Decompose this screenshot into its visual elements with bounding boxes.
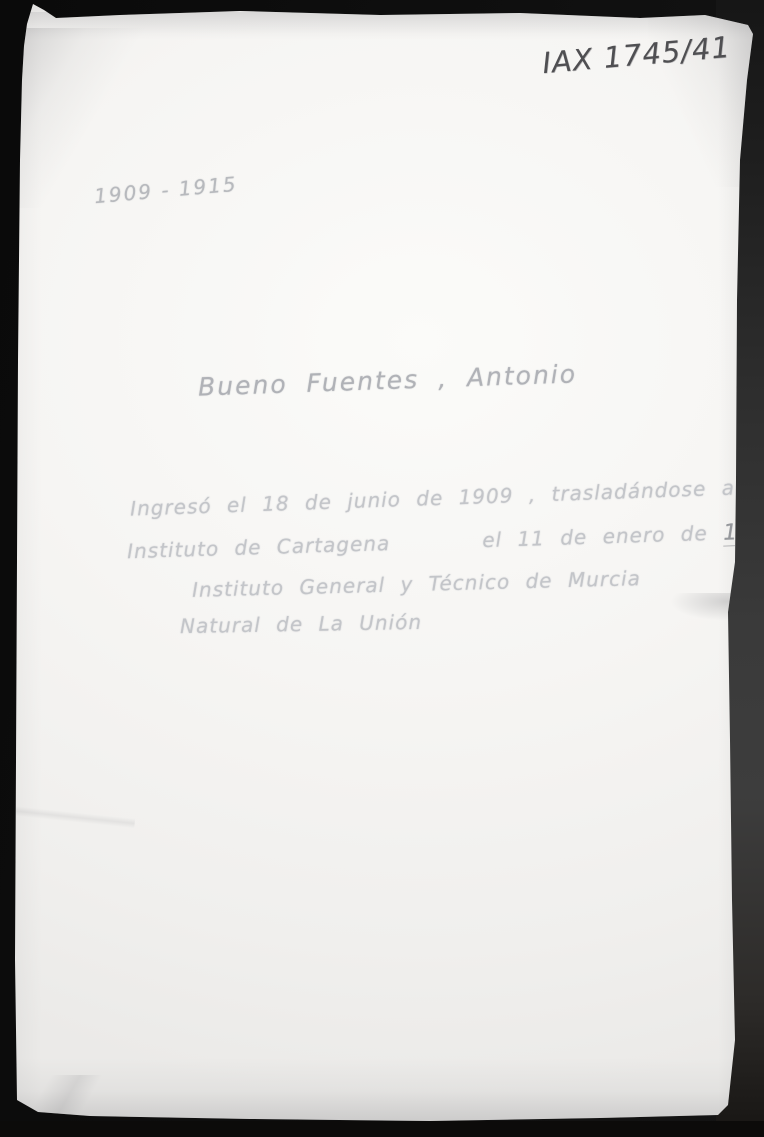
- note-line-1: Ingresó el 18 de junio de 1909 , traslad…: [130, 475, 742, 520]
- paper-crease-bottomleft: [14, 1075, 134, 1123]
- paper-top-curl-shadow: [14, 12, 754, 40]
- scanner-background-bottom: [0, 1121, 764, 1137]
- note-line-2: Instituto de Cartagena el 11 de enero de…: [127, 519, 764, 565]
- student-name: Bueno Fuentes , Antonio: [198, 359, 578, 401]
- note-line-2-text: Instituto de Cartagena el 11 de enero de: [127, 521, 724, 564]
- document-cover: IAX 1745/41 1909 - 1915 Bueno Fuentes , …: [0, 0, 764, 1137]
- paper-bottom-shadow: [14, 1058, 754, 1122]
- paper-crease-left: [7, 780, 138, 855]
- archive-reference-number: IAX 1745/41: [541, 30, 732, 80]
- paper-edge-shading: [0, 0, 764, 1137]
- note-line-3: Instituto General y Técnico de Murcia: [192, 566, 641, 602]
- scan-backdrop: IAX 1745/41 1909 - 1915 Bueno Fuentes , …: [0, 0, 764, 1137]
- note-line-4: Natural de La Unión: [180, 610, 422, 638]
- year-range: 1909 - 1915: [93, 172, 238, 208]
